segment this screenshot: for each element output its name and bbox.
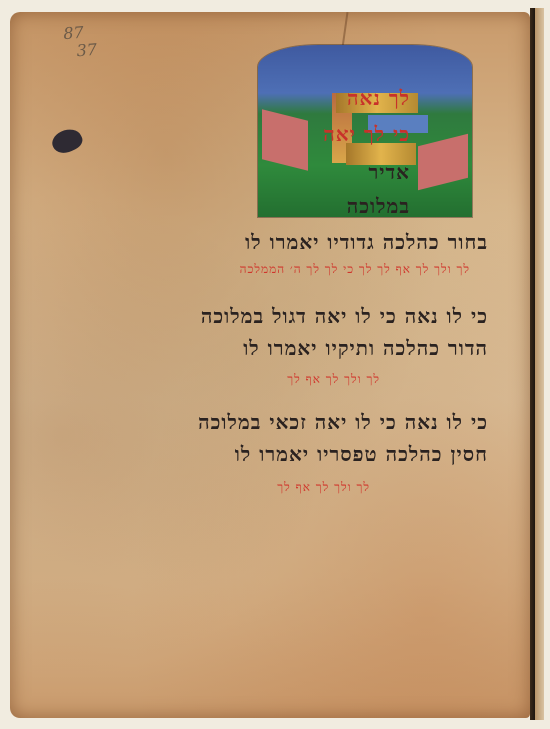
text-line: כי לך יאה bbox=[323, 122, 410, 147]
text-line: במלוכה bbox=[347, 194, 410, 219]
text-line-refrain: לך ולך לך אף לך לך כי לך לך ה׳ הממלכה bbox=[240, 262, 470, 277]
miniature-wall-left bbox=[262, 109, 308, 170]
text-line: כי לו נאה כי לו יאה דגול במלוכה bbox=[201, 304, 488, 329]
text-line: הדור כהלכה ותיקיו יאמרו לו bbox=[243, 336, 488, 361]
text-line: חסין כהלכה טפסריו יאמרו לו bbox=[235, 442, 488, 467]
text-line: בחור כהלכה גדודיו יאמרו לו bbox=[245, 230, 488, 255]
text-line: לך נאה bbox=[347, 86, 410, 111]
facing-leaf-edge bbox=[535, 8, 544, 720]
text-line: אדיר bbox=[368, 160, 410, 185]
folio-number-new: 37 bbox=[76, 41, 98, 60]
miniature-wall-right bbox=[418, 134, 468, 190]
text-line-refrain: לך ולך לך אף לך bbox=[287, 372, 380, 387]
folio-number: 87 37 bbox=[63, 23, 98, 61]
text-line-refrain: לך ולך לך אף לך bbox=[277, 480, 370, 495]
text-line: כי לו נאה כי לו יאה זכאי במלוכה bbox=[198, 410, 488, 435]
